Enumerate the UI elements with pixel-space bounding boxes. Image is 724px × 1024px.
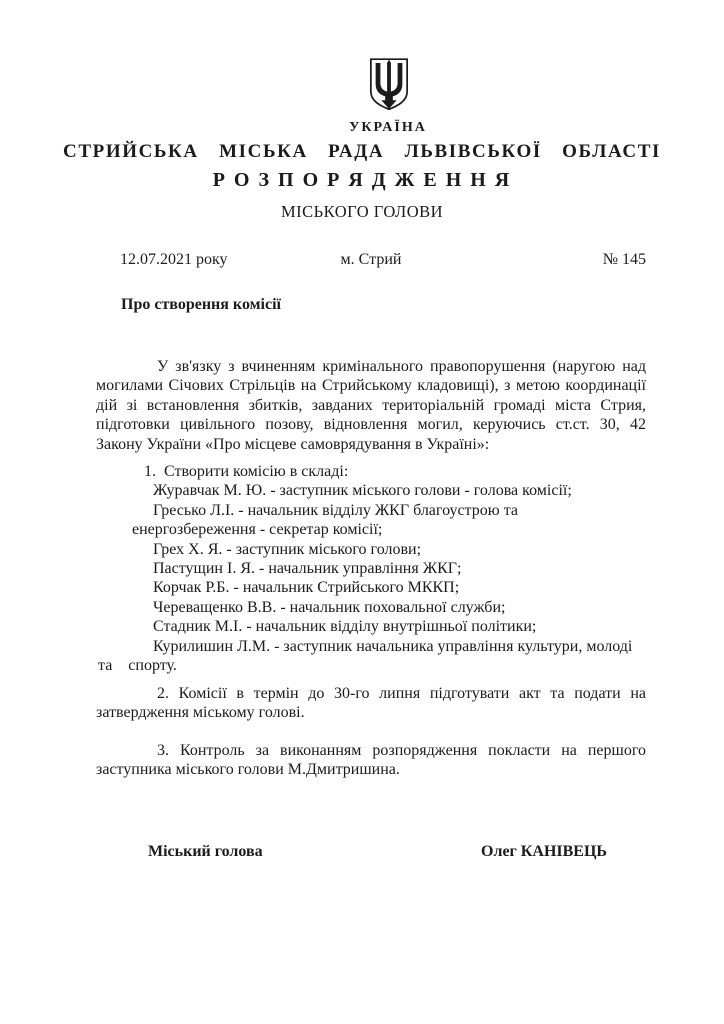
commission-list: 1. Створити комісію в складі: Журавчак М… [96, 462, 646, 675]
country-name: УКРАЇНА [0, 120, 724, 136]
signer-position: Міський голова [148, 843, 263, 861]
item-2-paragraph: 2. Комісії в термін до 30-го липня підго… [96, 684, 646, 723]
document-type-title: Р О З П О Р Я Д Ж Е Н Н Я [0, 169, 724, 192]
council-name: СТРИЙСЬКА МІСЬКА РАДА ЛЬВІВСЬКОЇ ОБЛАСТІ [0, 141, 724, 163]
commission-member-line: Корчак Р.Б. - начальник Стрийського МККП… [96, 578, 646, 597]
commission-member-line: Череващенко В.В. - начальник поховальної… [96, 598, 646, 617]
ukraine-coat-of-arms-icon [368, 55, 410, 113]
document-number: № 145 [603, 251, 646, 269]
commission-member-line: енергозбереження - секретар комісії; [96, 520, 646, 539]
commission-member-line: Стадник М.І. - начальник відділу внутріш… [96, 617, 646, 636]
list-item-1-intro: 1. Створити комісію в складі: [96, 462, 646, 481]
signer-name: Олег КАНІВЕЦЬ [481, 843, 607, 861]
preamble-paragraph: У зв'язку з вчиненням кримінального прав… [96, 357, 646, 454]
document-meta-row: 12.07.2021 року м. Стрий № 145 [96, 251, 646, 271]
commission-member-line: Пастущин І. Я. - начальник управління ЖК… [96, 559, 646, 578]
document-city: м. Стрий [341, 251, 402, 269]
commission-member-line: та спорту. [96, 656, 646, 675]
commission-member-line: Грех Х. Я. - заступник міського голови; [96, 540, 646, 559]
document-date: 12.07.2021 року [120, 251, 228, 269]
commission-member-line: Гресько Л.І. - начальник відділу ЖКГ бла… [96, 501, 646, 520]
document-page: УКРАЇНА СТРИЙСЬКА МІСЬКА РАДА ЛЬВІВСЬКОЇ… [0, 0, 724, 1024]
item-3-paragraph: 3. Контроль за виконанням розпорядження … [96, 741, 646, 780]
commission-member-line: Курилишин Л.М. - заступник начальника уп… [96, 637, 646, 656]
document-subtype: МІСЬКОГО ГОЛОВИ [0, 202, 724, 222]
document-subject: Про створення комісії [96, 296, 646, 314]
commission-member-line: Журавчак М. Ю. - заступник міського голо… [96, 481, 646, 500]
